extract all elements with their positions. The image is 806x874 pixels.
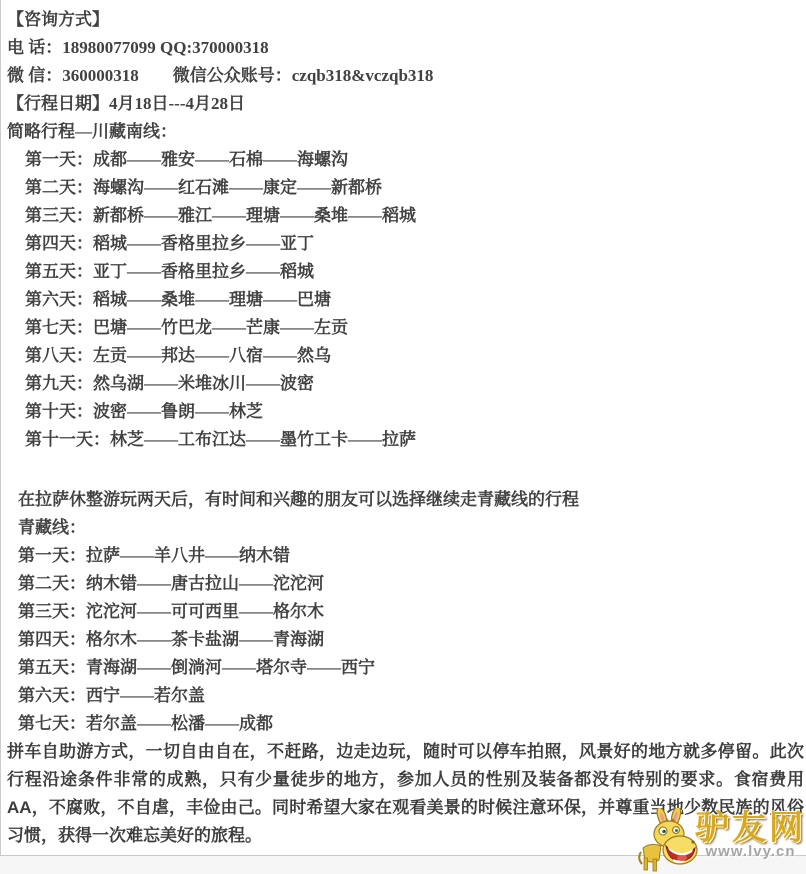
route1-heading: 简略行程—川藏南线：: [7, 118, 806, 146]
route1-day-line: 第四天：稻城——香格里拉乡——亚丁: [7, 230, 806, 258]
route1-day-line: 第十一天：林芝——工布江达——墨竹工卡——拉萨: [7, 426, 806, 454]
route2-day-line: 第五天：青海湖——倒淌河——塔尔寺——西宁: [7, 654, 806, 682]
route1-day-line: 第六天：稻城——桑堆——理塘——巴塘: [7, 286, 806, 314]
phone-line: 电 话：18980077099 QQ:370000318: [7, 34, 806, 62]
document: 【咨询方式】 电 话：18980077099 QQ:370000318 微 信：…: [0, 0, 806, 856]
route2-day-line: 第四天：格尔木——茶卡盐湖——青海湖: [7, 626, 806, 654]
route1-day-line: 第二天：海螺沟——红石滩——康定——新都桥: [7, 174, 806, 202]
route1-day-line: 第九天：然乌湖——米堆冰川——波密: [7, 370, 806, 398]
route2-day-line: 第二天：纳木错——唐古拉山——沱沱河: [7, 570, 806, 598]
route1-day-line: 第一天：成都——雅安——石棉——海螺沟: [7, 146, 806, 174]
route1-day-line: 第三天：新都桥——雅江——理塘——桑堆——稻城: [7, 202, 806, 230]
route1-day-line: 第七天：巴塘——竹巴龙——芒康——左贡: [7, 314, 806, 342]
route1-day-line: 第五天：亚丁——香格里拉乡——稻城: [7, 258, 806, 286]
route1-day-line: 第十天：波密——鲁朗——林芝: [7, 398, 806, 426]
route2-day-line: 第三天：沱沱河——可可西里——格尔木: [7, 598, 806, 626]
wechat-line: 微 信：360000318 微信公众账号：czqb318&vczqb318: [7, 62, 806, 90]
site-logo: 驴友网 www.lvy.cn: [635, 808, 806, 874]
trip-date-line: 【行程日期】4月18日---4月28日: [7, 90, 806, 118]
route2-heading: 青藏线：: [7, 514, 806, 542]
route1-day-line: 第八天：左贡——邦达——八宿——然乌: [7, 342, 806, 370]
site-name: 驴友网: [695, 810, 806, 846]
site-url: www.lvy.cn: [705, 844, 795, 860]
section-spacer: [7, 454, 806, 486]
route2-day-line: 第七天：若尔盖——松潘——成都: [7, 710, 806, 738]
route2-day-line: 第一天：拉萨——羊八井——纳木错: [7, 542, 806, 570]
route2-intro-line: 在拉萨休整游玩两天后，有时间和兴趣的朋友可以选择继续走青藏线的行程: [7, 486, 806, 514]
logo-text: 驴友网 www.lvy.cn: [695, 810, 806, 860]
donkey-icon: [635, 808, 703, 874]
contact-title-line: 【咨询方式】: [7, 6, 806, 34]
route2-day-line: 第六天：西宁——若尔盖: [7, 682, 806, 710]
